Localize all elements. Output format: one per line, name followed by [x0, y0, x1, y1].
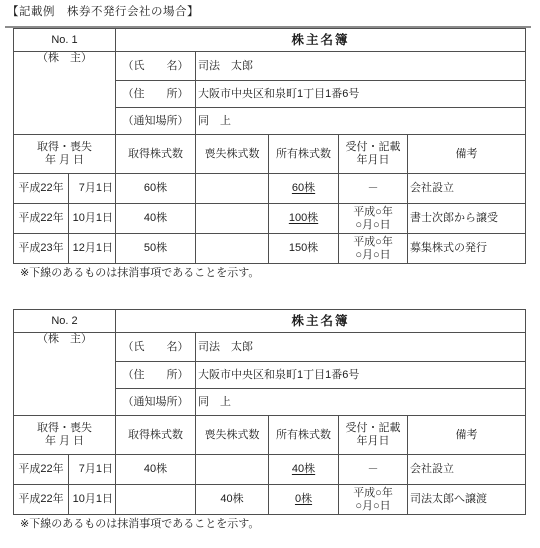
date-cell: 10月1日: [69, 485, 116, 515]
col-header-owned: 所有株式数: [269, 416, 339, 455]
col-header-acquired: 取得株式数: [116, 416, 196, 455]
registry-number: No. 2: [14, 310, 116, 333]
registry-number-row: No. 2 株主名簿: [14, 310, 526, 333]
page-title: 【記載例 株券不発行会社の場合】: [5, 4, 531, 28]
date-cell: 7月1日: [69, 455, 116, 485]
receipt-cell: －: [339, 455, 408, 485]
shareholder-registry-table-2: No. 2 株主名簿 （株 主） （氏 名） 司法 太郎 （住 所） 大阪市中央…: [13, 309, 526, 515]
owned-cell: 60株: [269, 174, 339, 204]
lost-cell: [196, 174, 269, 204]
notify-value: 同 上: [196, 389, 526, 416]
receipt-cell: －: [339, 174, 408, 204]
address-label: （住 所）: [116, 81, 196, 108]
lost-cell: [196, 234, 269, 264]
name-label: （氏 名）: [116, 333, 196, 362]
name-value: 司法 太郎: [196, 333, 526, 362]
table-row: 平成23年 12月1日 50株 150株 平成○年 ○月○日 募集株式の発行: [14, 234, 526, 264]
date-cell: 10月1日: [69, 204, 116, 234]
era-cell: 平成22年: [14, 174, 69, 204]
lost-cell: 40株: [196, 485, 269, 515]
remarks-cell: 会社設立: [408, 455, 526, 485]
ledger-header-row: 取得・喪失 年 月 日 取得株式数 喪失株式数 所有株式数 受付・記載 年月日 …: [14, 135, 526, 174]
owned-cell: 150株: [269, 234, 339, 264]
col-header-remarks: 備考: [408, 416, 526, 455]
col-header-date: 取得・喪失 年 月 日: [14, 135, 116, 174]
address-label: （住 所）: [116, 362, 196, 389]
shareholder-name-row: （株 主） （氏 名） 司法 太郎: [14, 333, 526, 362]
receipt-cell: 平成○年 ○月○日: [339, 234, 408, 264]
lost-cell: [196, 204, 269, 234]
registry-number-row: No. 1 株主名簿: [14, 29, 526, 52]
notify-label: （通知場所）: [116, 108, 196, 135]
owned-cell: 40株: [269, 455, 339, 485]
acquired-cell: 60株: [116, 174, 196, 204]
acquired-cell: 40株: [116, 455, 196, 485]
table-row: 平成22年 7月1日 40株 40株 － 会社設立: [14, 455, 526, 485]
notify-label: （通知場所）: [116, 389, 196, 416]
era-cell: 平成22年: [14, 204, 69, 234]
acquired-cell: [116, 485, 196, 515]
date-cell: 12月1日: [69, 234, 116, 264]
remarks-cell: 募集株式の発行: [408, 234, 526, 264]
col-header-date: 取得・喪失 年 月 日: [14, 416, 116, 455]
shareholder-registry-table-1: No. 1 株主名簿 （株 主） （氏 名） 司法 太郎 （住 所） 大阪市中央…: [13, 28, 526, 264]
owned-cell: 100株: [269, 204, 339, 234]
address-value: 大阪市中央区和泉町1丁目1番6号: [196, 362, 526, 389]
era-cell: 平成22年: [14, 485, 69, 515]
shareholder-name-row: （株 主） （氏 名） 司法 太郎: [14, 52, 526, 81]
document-page: 【記載例 株券不発行会社の場合】 No. 1 株主名簿 （株 主） （氏 名） …: [0, 0, 540, 531]
remarks-cell: 司法太郎へ譲渡: [408, 485, 526, 515]
name-label: （氏 名）: [116, 52, 196, 81]
remarks-cell: 会社設立: [408, 174, 526, 204]
era-cell: 平成22年: [14, 455, 69, 485]
table-row: 平成22年 7月1日 60株 60株 － 会社設立: [14, 174, 526, 204]
date-cell: 7月1日: [69, 174, 116, 204]
table-row: 平成22年 10月1日 40株 0株 平成○年 ○月○日 司法太郎へ譲渡: [14, 485, 526, 515]
footnote: ※下線のあるものは抹消事項であることを示す。: [20, 518, 540, 531]
remarks-cell: 書士次郎から譲受: [408, 204, 526, 234]
col-header-owned: 所有株式数: [269, 135, 339, 174]
receipt-cell: 平成○年 ○月○日: [339, 204, 408, 234]
acquired-cell: 50株: [116, 234, 196, 264]
col-header-receipt: 受付・記載 年月日: [339, 416, 408, 455]
registry-number: No. 1: [14, 29, 116, 52]
registry-title: 株主名簿: [116, 29, 526, 52]
owned-cell: 0株: [269, 485, 339, 515]
col-header-lost: 喪失株式数: [196, 416, 269, 455]
address-value: 大阪市中央区和泉町1丁目1番6号: [196, 81, 526, 108]
col-header-lost: 喪失株式数: [196, 135, 269, 174]
acquired-cell: 40株: [116, 204, 196, 234]
registry-title: 株主名簿: [116, 310, 526, 333]
notify-value: 同 上: [196, 108, 526, 135]
col-header-acquired: 取得株式数: [116, 135, 196, 174]
shareholder-label: （株 主）: [14, 52, 116, 135]
name-value: 司法 太郎: [196, 52, 526, 81]
ledger-header-row: 取得・喪失 年 月 日 取得株式数 喪失株式数 所有株式数 受付・記載 年月日 …: [14, 416, 526, 455]
col-header-remarks: 備考: [408, 135, 526, 174]
footnote: ※下線のあるものは抹消事項であることを示す。: [20, 267, 540, 280]
col-header-receipt: 受付・記載 年月日: [339, 135, 408, 174]
receipt-cell: 平成○年 ○月○日: [339, 485, 408, 515]
shareholder-label: （株 主）: [14, 333, 116, 416]
lost-cell: [196, 455, 269, 485]
table-row: 平成22年 10月1日 40株 100株 平成○年 ○月○日 書士次郎から譲受: [14, 204, 526, 234]
era-cell: 平成23年: [14, 234, 69, 264]
